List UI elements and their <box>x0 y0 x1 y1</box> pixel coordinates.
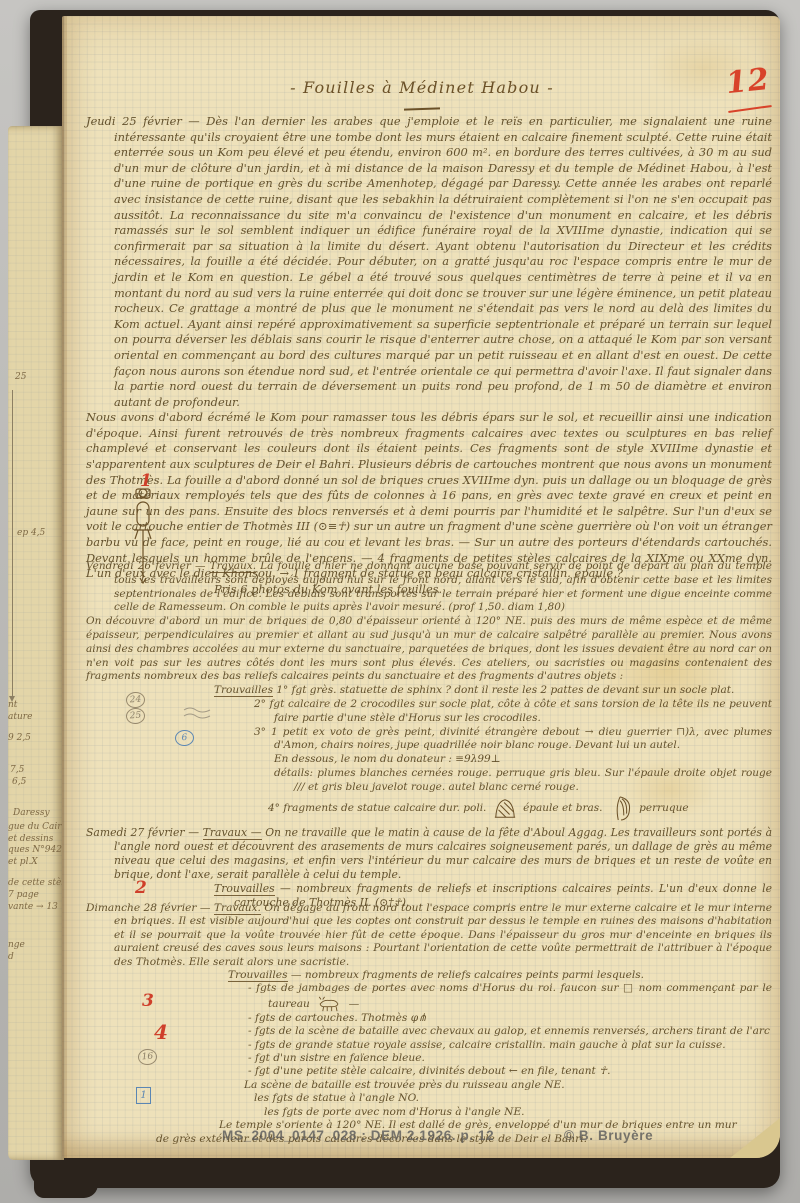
find-item-text: 3° 1 petit ex voto de grès peint, divini… <box>254 726 772 752</box>
trouvailles-line: Trouvailles 1° fgt grès. statuette de sp… <box>214 684 772 698</box>
journal-entry-vendredi-26: Vendredi 26 février — Travaux. La fouill… <box>86 560 772 821</box>
travaux-label: Travaux — <box>203 826 262 840</box>
find-item-text: — <box>349 998 360 1010</box>
standard-bearer-sketch <box>126 486 160 584</box>
find-item: 4° fragments de statue calcaire dur. pol… <box>268 795 772 821</box>
left-margin-note: ques N°9427 <box>8 845 64 855</box>
page-dog-ear <box>730 1118 780 1158</box>
entry-paragraph: Dimanche 28 février — Travaux. On dégage… <box>86 902 772 969</box>
left-margin-note: nt <box>8 700 17 710</box>
blue-squared-number: 1 <box>136 1087 151 1104</box>
page-number-underline <box>728 105 772 113</box>
red-margin-number-4: 4 <box>154 1020 168 1044</box>
find-item-text: 2° fgt calcaire de 2 crocodiles sur socl… <box>254 698 772 724</box>
journal-entry-dimanche-28: Dimanche 28 février — Travaux. On dégage… <box>86 902 772 1146</box>
find-item: détails: plumes blanches cernées rouge. … <box>274 767 772 795</box>
find-item-text: épaule et bras. <box>523 802 602 814</box>
left-margin-note: gue du Caire <box>8 822 64 832</box>
find-item-text: - fgts de cartouches. Thotmès φ⋔ <box>248 1012 427 1024</box>
find-item-text: — nombreux fragments de reliefs calcaire… <box>288 969 645 981</box>
entry-text: Dès l'an dernier les arabes que j'emploi… <box>114 114 772 409</box>
find-item-text: - fgt d'une petite stèle calcaire, divin… <box>248 1065 610 1077</box>
find-item: 2° fgt calcaire de 2 crocodiles sur socl… <box>254 698 772 726</box>
title-underline <box>404 107 440 110</box>
shoulder-arm-sketch <box>493 796 517 820</box>
journal-page: 12 - Fouilles à Médinet Habou - Jeudi 25… <box>62 16 780 1158</box>
left-margin-note: et dessins <box>8 834 53 844</box>
trouvailles-label: Trouvailles <box>214 684 273 697</box>
note-text: les fgts de statue à l'angle NO. <box>254 1092 419 1104</box>
left-margin-note: d <box>8 952 14 962</box>
find-item: - fgt d'un sistre en faïence bleue. <box>248 1052 772 1065</box>
travaux-label: Travaux. <box>214 902 261 915</box>
find-item-text: détails: plumes blanches cernées rouge. … <box>274 767 772 793</box>
left-margin-note: 25 <box>15 372 26 382</box>
travaux-label: Travaux. <box>210 560 257 573</box>
left-margin-note: vante → 13 <box>8 902 58 912</box>
journal-entry-jeudi-25: Jeudi 25 février — Dès l'an dernier les … <box>86 114 772 597</box>
find-item-text: - fgts de grande statue royale assise, c… <box>248 1039 726 1051</box>
find-item: - fgts de grande statue royale assise, c… <box>248 1039 772 1052</box>
entry-paragraph: Samedi 27 février — Travaux — On ne trav… <box>86 826 772 882</box>
left-margin-note: et pl.X <box>8 857 38 867</box>
find-item-text: 4° fragments de statue calcaire dur. pol… <box>268 802 486 814</box>
entry-text: On découvre d'abord un mur de briques de… <box>86 615 772 682</box>
left-margin-note: ep 4,5 <box>17 528 45 538</box>
left-margin-note: de cette stèle <box>8 878 64 888</box>
entry-text: Nous avons d'abord écrémé le Kom pour ra… <box>86 410 772 580</box>
find-item: En dessous, le nom du donateur : ≡9λ99⊥ <box>274 753 772 767</box>
entry-paragraph: Jeudi 25 février — Dès l'an dernier les … <box>86 114 772 410</box>
note-text: La scène de bataille est trouvée près du… <box>244 1079 565 1091</box>
find-item: 3° 1 petit ex voto de grès peint, divini… <box>254 726 772 754</box>
red-margin-number-2: 2 <box>135 878 147 898</box>
bull-hieroglyph-sketch <box>316 996 342 1012</box>
find-item: - fgt d'une petite stèle calcaire, divin… <box>248 1065 772 1078</box>
left-margin-note: Daressy <box>13 808 50 818</box>
red-margin-number-3: 3 <box>142 991 154 1011</box>
trouvailles-label: Trouvailles <box>228 969 288 982</box>
entry-date: Samedi 27 février — <box>86 826 203 839</box>
note-text: les fgts de porte avec nom d'Horus à l'a… <box>264 1106 525 1118</box>
entry-paragraph: Vendredi 26 février — Travaux. La fouill… <box>86 560 772 615</box>
page-bottom-shadow <box>64 1132 780 1158</box>
find-item-text: - fgt d'un sistre en faïence bleue. <box>248 1052 425 1064</box>
find-item: - fgts de jambages de portes avec noms d… <box>248 982 772 1011</box>
entry-date: Jeudi 25 février — <box>86 114 206 128</box>
journal-entry-samedi-27: Samedi 27 février — Travaux — On ne trav… <box>86 826 772 910</box>
left-margin-note: ature <box>8 712 32 722</box>
location-note: La scène de bataille est trouvée près du… <box>244 1079 772 1092</box>
trouvailles-line: Trouvailles — nombreux fragments de reli… <box>228 969 772 982</box>
find-item: 1° fgt grès. statuette de sphinx ? dont … <box>273 684 734 696</box>
location-note: les fgts de statue à l'angle NO. <box>254 1092 772 1105</box>
crocodiles-pencil-sketch <box>182 706 212 720</box>
find-item: - fgts de cartouches. Thotmès φ⋔ <box>248 1012 772 1025</box>
entry-paragraph: Nous avons d'abord écrémé le Kom pour ra… <box>86 410 772 582</box>
page-title: - Fouilles à Médinet Habou - <box>64 78 780 97</box>
location-note: les fgts de porte avec nom d'Horus à l'a… <box>264 1106 772 1119</box>
left-margin-note: 6,5 <box>12 777 26 787</box>
entry-paragraph: On découvre d'abord un mur de briques de… <box>86 615 772 684</box>
find-item-text: perruque <box>639 802 688 814</box>
left-margin-note: 7,5 <box>10 765 24 775</box>
trouvailles-label: Trouvailles <box>214 882 275 896</box>
pencil-measure-arrow <box>12 390 13 700</box>
scanned-notebook-photo: { "page": { "number": "12", "title": "- … <box>0 0 800 1203</box>
left-margin-note: nge <box>8 940 25 950</box>
left-margin-note: 9 2,5 <box>8 733 31 743</box>
left-margin-note: 7 page <box>8 890 39 900</box>
find-item-text: - fgts de la scène de bataille avec chev… <box>248 1025 770 1037</box>
find-item-text: En dessous, le nom du donateur : ≡9λ99⊥ <box>274 753 501 765</box>
find-item: - fgts de la scène de bataille avec chev… <box>248 1025 772 1038</box>
entry-date: Dimanche 28 février — <box>86 902 214 914</box>
facing-page-edge: 25 ep 4,5 nt ature 9 2,5 7,5 6,5 Daressy… <box>8 126 64 1160</box>
wig-profile-sketch <box>609 795 633 821</box>
